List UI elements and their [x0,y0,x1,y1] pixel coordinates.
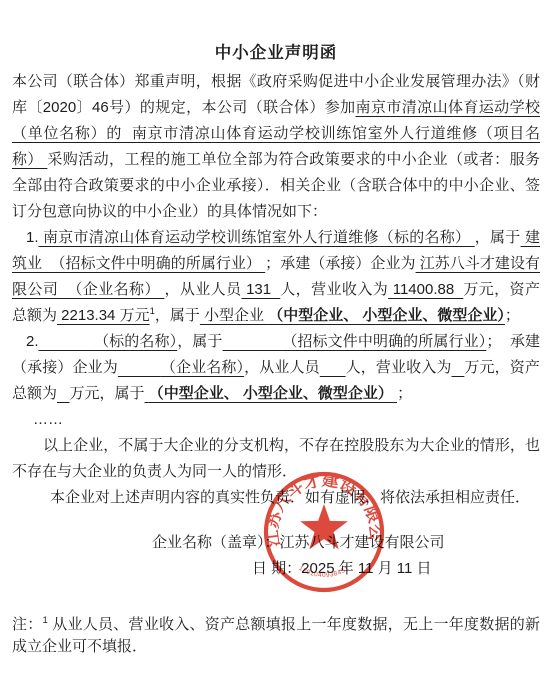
date-line: 日 期：2025 年 11 月 11 日 [12,556,540,582]
date-value: 2025 年 11 月 11 日 [301,560,431,577]
item-2-paragraph: 2. （标的名称），属于 （招标文件中明确的所属行业）； 承建（承接）企业为 （… [12,329,540,407]
company-seal-label: 企业名称（盖章）： [152,534,280,551]
company-signature-line: 企业名称（盖章）：江苏八斗才建设有限公司 [12,530,540,556]
company-name-value: 江苏八斗才建设有限公司 [280,534,445,551]
date-label: 日 期： [252,560,301,577]
item-1-paragraph: 1. 南京市清凉山体育运动学校训练馆室外人行道维修（标的名称） ，属于 建筑业 … [12,225,540,329]
ellipsis-line: …… [12,407,540,433]
document-title: 中小企业声明函 [12,40,540,66]
footnote: 注：1 从业人员、营业收入、资产总额填报上一年度数据，无上一年度数据的新成立企业… [12,614,540,658]
intro-paragraph: 本公司（联合体）郑重声明，根据《政府采购促进中小企业发展管理办法》（财库〔202… [12,69,540,225]
declaration-document-page: 中小企业声明函 本公司（联合体）郑重声明，根据《政府采购促进中小企业发展管理办法… [0,0,553,697]
responsibility-paragraph: 本企业对上述声明内容的真实性负责．如有虚假，将依法承担相应责任． [12,485,540,511]
not-large-enterprise-paragraph: 以上企业，不属于大企业的分支机构，不存在控股股东为大企业的情形，也不存在与大企业… [12,433,540,485]
